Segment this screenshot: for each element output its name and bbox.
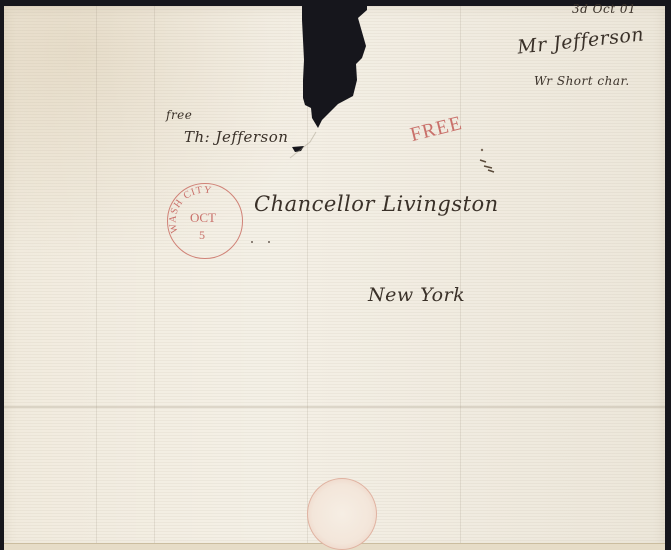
recipient-place: New York (368, 284, 465, 306)
docket-note: Wr Short char. (534, 74, 630, 88)
frank-signature: Th: Jefferson (184, 128, 288, 146)
frank-free-word: free (166, 108, 192, 122)
recipient-name: Chancellor Livingston (254, 192, 499, 216)
ink-dot (268, 241, 270, 243)
docket-date: 3d Oct 01 (572, 2, 636, 16)
postmark-circle: WASH CITY OCT 5 (167, 183, 243, 259)
ink-dot (251, 241, 253, 243)
ink-mark (474, 140, 504, 176)
fold-line (154, 6, 155, 550)
fold-line (96, 6, 97, 550)
fold-line (4, 406, 665, 408)
fold-line (460, 6, 461, 550)
postmark-month: OCT (190, 210, 216, 226)
postmark-day: 5 (199, 228, 205, 243)
wax-seal (307, 478, 377, 550)
fold-line (307, 6, 308, 550)
